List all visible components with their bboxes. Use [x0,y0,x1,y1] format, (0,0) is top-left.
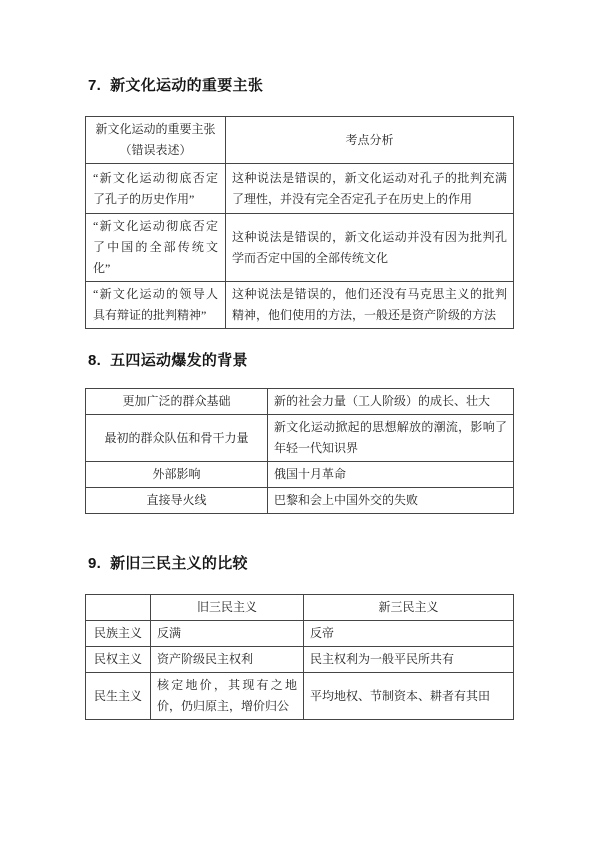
table-row: “新文化运动彻底否定了孔子的历史作用” 这种说法是错误的，新文化运动对孔子的批判… [86,164,514,214]
column-header-line2: （错误表述） [92,140,219,161]
analysis-cell: 这种说法是错误的，新文化运动并没有因为批判孔学而否定中国的全部传统文化 [226,214,514,282]
aspect-cell: 外部影响 [86,462,268,488]
column-header-new-principles: 新三民主义 [304,595,514,621]
table-row: “新文化运动彻底否定了中国的全部传统文化” 这种说法是错误的，新文化运动并没有因… [86,214,514,282]
table-header-row: 旧三民主义 新三民主义 [86,595,514,621]
document-page: 7.新文化运动的重要主张 新文化运动的重要主张 （错误表述） 考点分析 “新文化… [0,0,596,842]
new-principle-cell: 民主权利为一般平民所共有 [304,647,514,673]
principle-cell: 民族主义 [86,621,151,647]
table-row: 更加广泛的群众基础 新的社会力量（工人阶级）的成长、壮大 [86,389,514,415]
analysis-cell: 这种说法是错误的，他们还没有马克思主义的批判精神，他们使用的方法，一般还是资产阶… [226,282,514,329]
section-8-heading: 8.五四运动爆发的背景 [88,351,248,370]
table-row: 直接导火线 巴黎和会上中国外交的失败 [86,488,514,514]
column-header-old-principles: 旧三民主义 [151,595,304,621]
analysis-cell: 这种说法是错误的，新文化运动对孔子的批判充满了理性，并没有完全否定孔子在历史上的… [226,164,514,214]
section-9-number: 9. [88,554,101,573]
column-header-claims: 新文化运动的重要主张 （错误表述） [86,117,226,164]
aspect-cell: 更加广泛的群众基础 [86,389,268,415]
table-may-fourth-background: 更加广泛的群众基础 新的社会力量（工人阶级）的成长、壮大 最初的群众队伍和骨干力… [85,388,514,514]
section-7-title: 新文化运动的重要主张 [110,77,263,94]
table-row: 最初的群众队伍和骨干力量 新文化运动掀起的思想解放的潮流，影响了年轻一代知识界 [86,415,514,462]
section-9-title: 新旧三民主义的比较 [110,555,248,572]
section-8-number: 8. [88,351,101,370]
column-header-blank [86,595,151,621]
claim-cell: “新文化运动彻底否定了孔子的历史作用” [86,164,226,214]
detail-cell: 俄国十月革命 [268,462,514,488]
claim-cell: “新文化运动彻底否定了中国的全部传统文化” [86,214,226,282]
table-row: 民权主义 资产阶级民主权利 民主权利为一般平民所共有 [86,647,514,673]
claim-cell: “新文化运动的领导人具有辩证的批判精神” [86,282,226,329]
section-7-number: 7. [88,76,101,95]
section-8-title: 五四运动爆发的背景 [110,352,248,369]
table-header-row: 新文化运动的重要主张 （错误表述） 考点分析 [86,117,514,164]
old-principle-cell: 核定地价，其现有之地价，仍归原主，增价归公 [151,673,304,720]
table-row: 民生主义 核定地价，其现有之地价，仍归原主，增价归公 平均地权、节制资本、耕者有… [86,673,514,720]
principle-cell: 民生主义 [86,673,151,720]
table-row: “新文化运动的领导人具有辩证的批判精神” 这种说法是错误的，他们还没有马克思主义… [86,282,514,329]
aspect-cell: 最初的群众队伍和骨干力量 [86,415,268,462]
old-principle-cell: 反满 [151,621,304,647]
new-principle-cell: 反帝 [304,621,514,647]
table-row: 外部影响 俄国十月革命 [86,462,514,488]
detail-cell: 新的社会力量（工人阶级）的成长、壮大 [268,389,514,415]
new-principle-cell: 平均地权、节制资本、耕者有其田 [304,673,514,720]
table-three-principles-comparison: 旧三民主义 新三民主义 民族主义 反满 反帝 民权主义 资产阶级民主权利 民主权… [85,594,514,720]
aspect-cell: 直接导火线 [86,488,268,514]
column-header-line1: 新文化运动的重要主张 [92,119,219,140]
principle-cell: 民权主义 [86,647,151,673]
section-9-heading: 9.新旧三民主义的比较 [88,554,248,573]
detail-cell: 新文化运动掀起的思想解放的潮流，影响了年轻一代知识界 [268,415,514,462]
column-header-analysis: 考点分析 [226,117,514,164]
table-new-culture-claims: 新文化运动的重要主张 （错误表述） 考点分析 “新文化运动彻底否定了孔子的历史作… [85,116,514,329]
section-7-heading: 7.新文化运动的重要主张 [88,76,263,95]
table-row: 民族主义 反满 反帝 [86,621,514,647]
old-principle-cell: 资产阶级民主权利 [151,647,304,673]
detail-cell: 巴黎和会上中国外交的失败 [268,488,514,514]
